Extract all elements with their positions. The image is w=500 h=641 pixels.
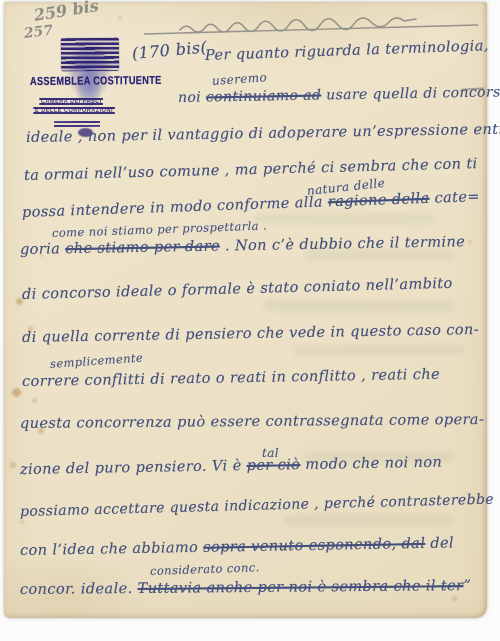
foxing-spot [10, 462, 16, 468]
manuscript-line: con l’idea che abbiamo sopra venuto espo… [20, 535, 454, 559]
interlinear-insertion: considerato conc. [150, 560, 260, 578]
ink-showthrough [294, 345, 464, 355]
foxing-spot [468, 240, 472, 244]
manuscript-line: concor. ideale. Tuttavia anche per noi è… [20, 578, 471, 598]
struck-text: Tuttavia anche per noi è sembra che il t… [138, 578, 464, 597]
stamp-obliteration-bars [61, 38, 119, 72]
manuscript-line: di concorso ideale o formale è stato con… [22, 276, 453, 303]
ink-showthrough [254, 214, 434, 224]
manuscript-line: di quella corrente di pensiero che vede … [22, 322, 479, 346]
struck-text: continuiamo ad [206, 88, 322, 106]
manuscript-line: correre conflitti di reato o reati in co… [22, 367, 440, 390]
manuscript-line: zione del puro pensiero. Vi è per ciò mo… [20, 455, 442, 478]
stamp-struck-line-2: E DELLE CORPORAZIONI [35, 107, 113, 114]
interlinear-insertion: semplicemente [50, 351, 144, 371]
manuscript-paper: 259 bis 257 ASSEMBLEA COSTITUENTE CAMERA… [4, 2, 487, 618]
manuscript-line: questa concorrenza può essere contrasseg… [20, 412, 484, 432]
corner-number-primary: 259 bis [33, 0, 100, 25]
foxing-spot [12, 388, 21, 397]
ink-showthrough [264, 300, 454, 312]
interlinear-insertion: useremo [212, 70, 268, 88]
interlinear-insertion: come noi stiamo per prospettarla . [52, 218, 268, 240]
struck-text: sopra venuto esponendo, dal [203, 536, 425, 556]
pencil-scribble [140, 12, 484, 42]
stamp-lower-bars [54, 121, 100, 127]
manuscript-line: ta ormai nell’uso comune , ma perché ci … [24, 156, 478, 184]
stamp-struck-line-1: CAMERA DEI FASCI [41, 98, 102, 105]
manuscript-line: noi continuiamo ad usare quella di conco… [178, 84, 500, 106]
foxing-spot [452, 596, 457, 601]
stamp-title: ASSEMBLEA COSTITUENTE [30, 75, 162, 88]
foxing-spot [32, 398, 37, 403]
ink-showthrough [284, 515, 454, 525]
struck-text: ragione della [328, 191, 430, 211]
foxing-spot [20, 520, 24, 524]
struck-text: che stiamo per dare [65, 239, 220, 258]
foxing-spot [118, 16, 122, 20]
struck-text: per ciò [247, 457, 301, 474]
